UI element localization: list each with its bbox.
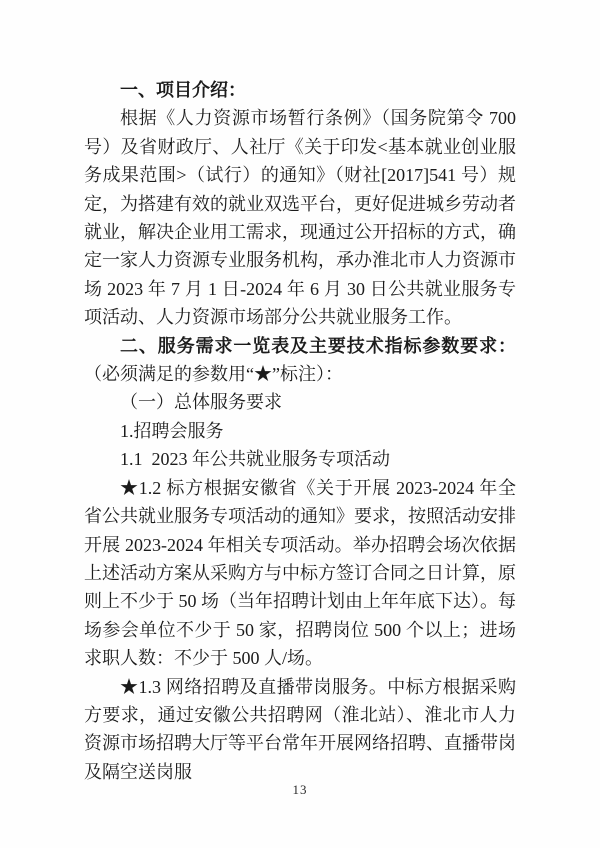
document-page: 一、项目介绍：根据《人力资源市场暂行条例》（国务院第令 700 号）及省财政厅、… (0, 0, 600, 848)
section-2-heading-text: 二、服务需求一览表及主要技术指标参数要求： (120, 336, 516, 356)
item-1-title-text: 1.招聘会服务 (120, 421, 224, 441)
item-1-title: 1.招聘会服务 (84, 417, 516, 445)
item-1-1-text: 1.1 2023 年公共就业服务专项活动 (120, 449, 390, 469)
item-1-2-text: ★1.2 标方根据安徽省《关于开展 2023-2024 年全省公共就业服务专项活… (84, 478, 516, 668)
section-1-body-text: 根据《人力资源市场暂行条例》（国务院第令 700 号）及省财政厅、人社厅《关于印… (84, 108, 521, 327)
section-1-heading-text: 一、项目介绍： (120, 80, 246, 100)
section-2-heading-text: （必须满足的参数用“★”标注）： (84, 364, 343, 384)
page-number: 13 (293, 782, 308, 797)
page-footer: 13 (0, 781, 600, 799)
subsection-1-title: （一）总体服务要求 (84, 388, 516, 416)
item-1-1: 1.1 2023 年公共就业服务专项活动 (84, 445, 516, 473)
item-1-2: ★1.2 标方根据安徽省《关于开展 2023-2024 年全省公共就业服务专项活… (84, 474, 516, 673)
subsection-1-title-text: （一）总体服务要求 (120, 392, 282, 412)
item-1-3-text: ★1.3 网络招聘及直播带岗服务。中标方根据采购方要求，通过安徽公共招聘网（淮北… (84, 677, 516, 782)
section-1-heading: 一、项目介绍： (84, 76, 516, 104)
document-body: 一、项目介绍：根据《人力资源市场暂行条例》（国务院第令 700 号）及省财政厅、… (84, 76, 516, 786)
item-1-3: ★1.3 网络招聘及直播带岗服务。中标方根据采购方要求，通过安徽公共招聘网（淮北… (84, 673, 516, 787)
section-1-body: 根据《人力资源市场暂行条例》（国务院第令 700 号）及省财政厅、人社厅《关于印… (84, 104, 516, 331)
section-2-heading: 二、服务需求一览表及主要技术指标参数要求：（必须满足的参数用“★”标注）： (84, 332, 516, 389)
